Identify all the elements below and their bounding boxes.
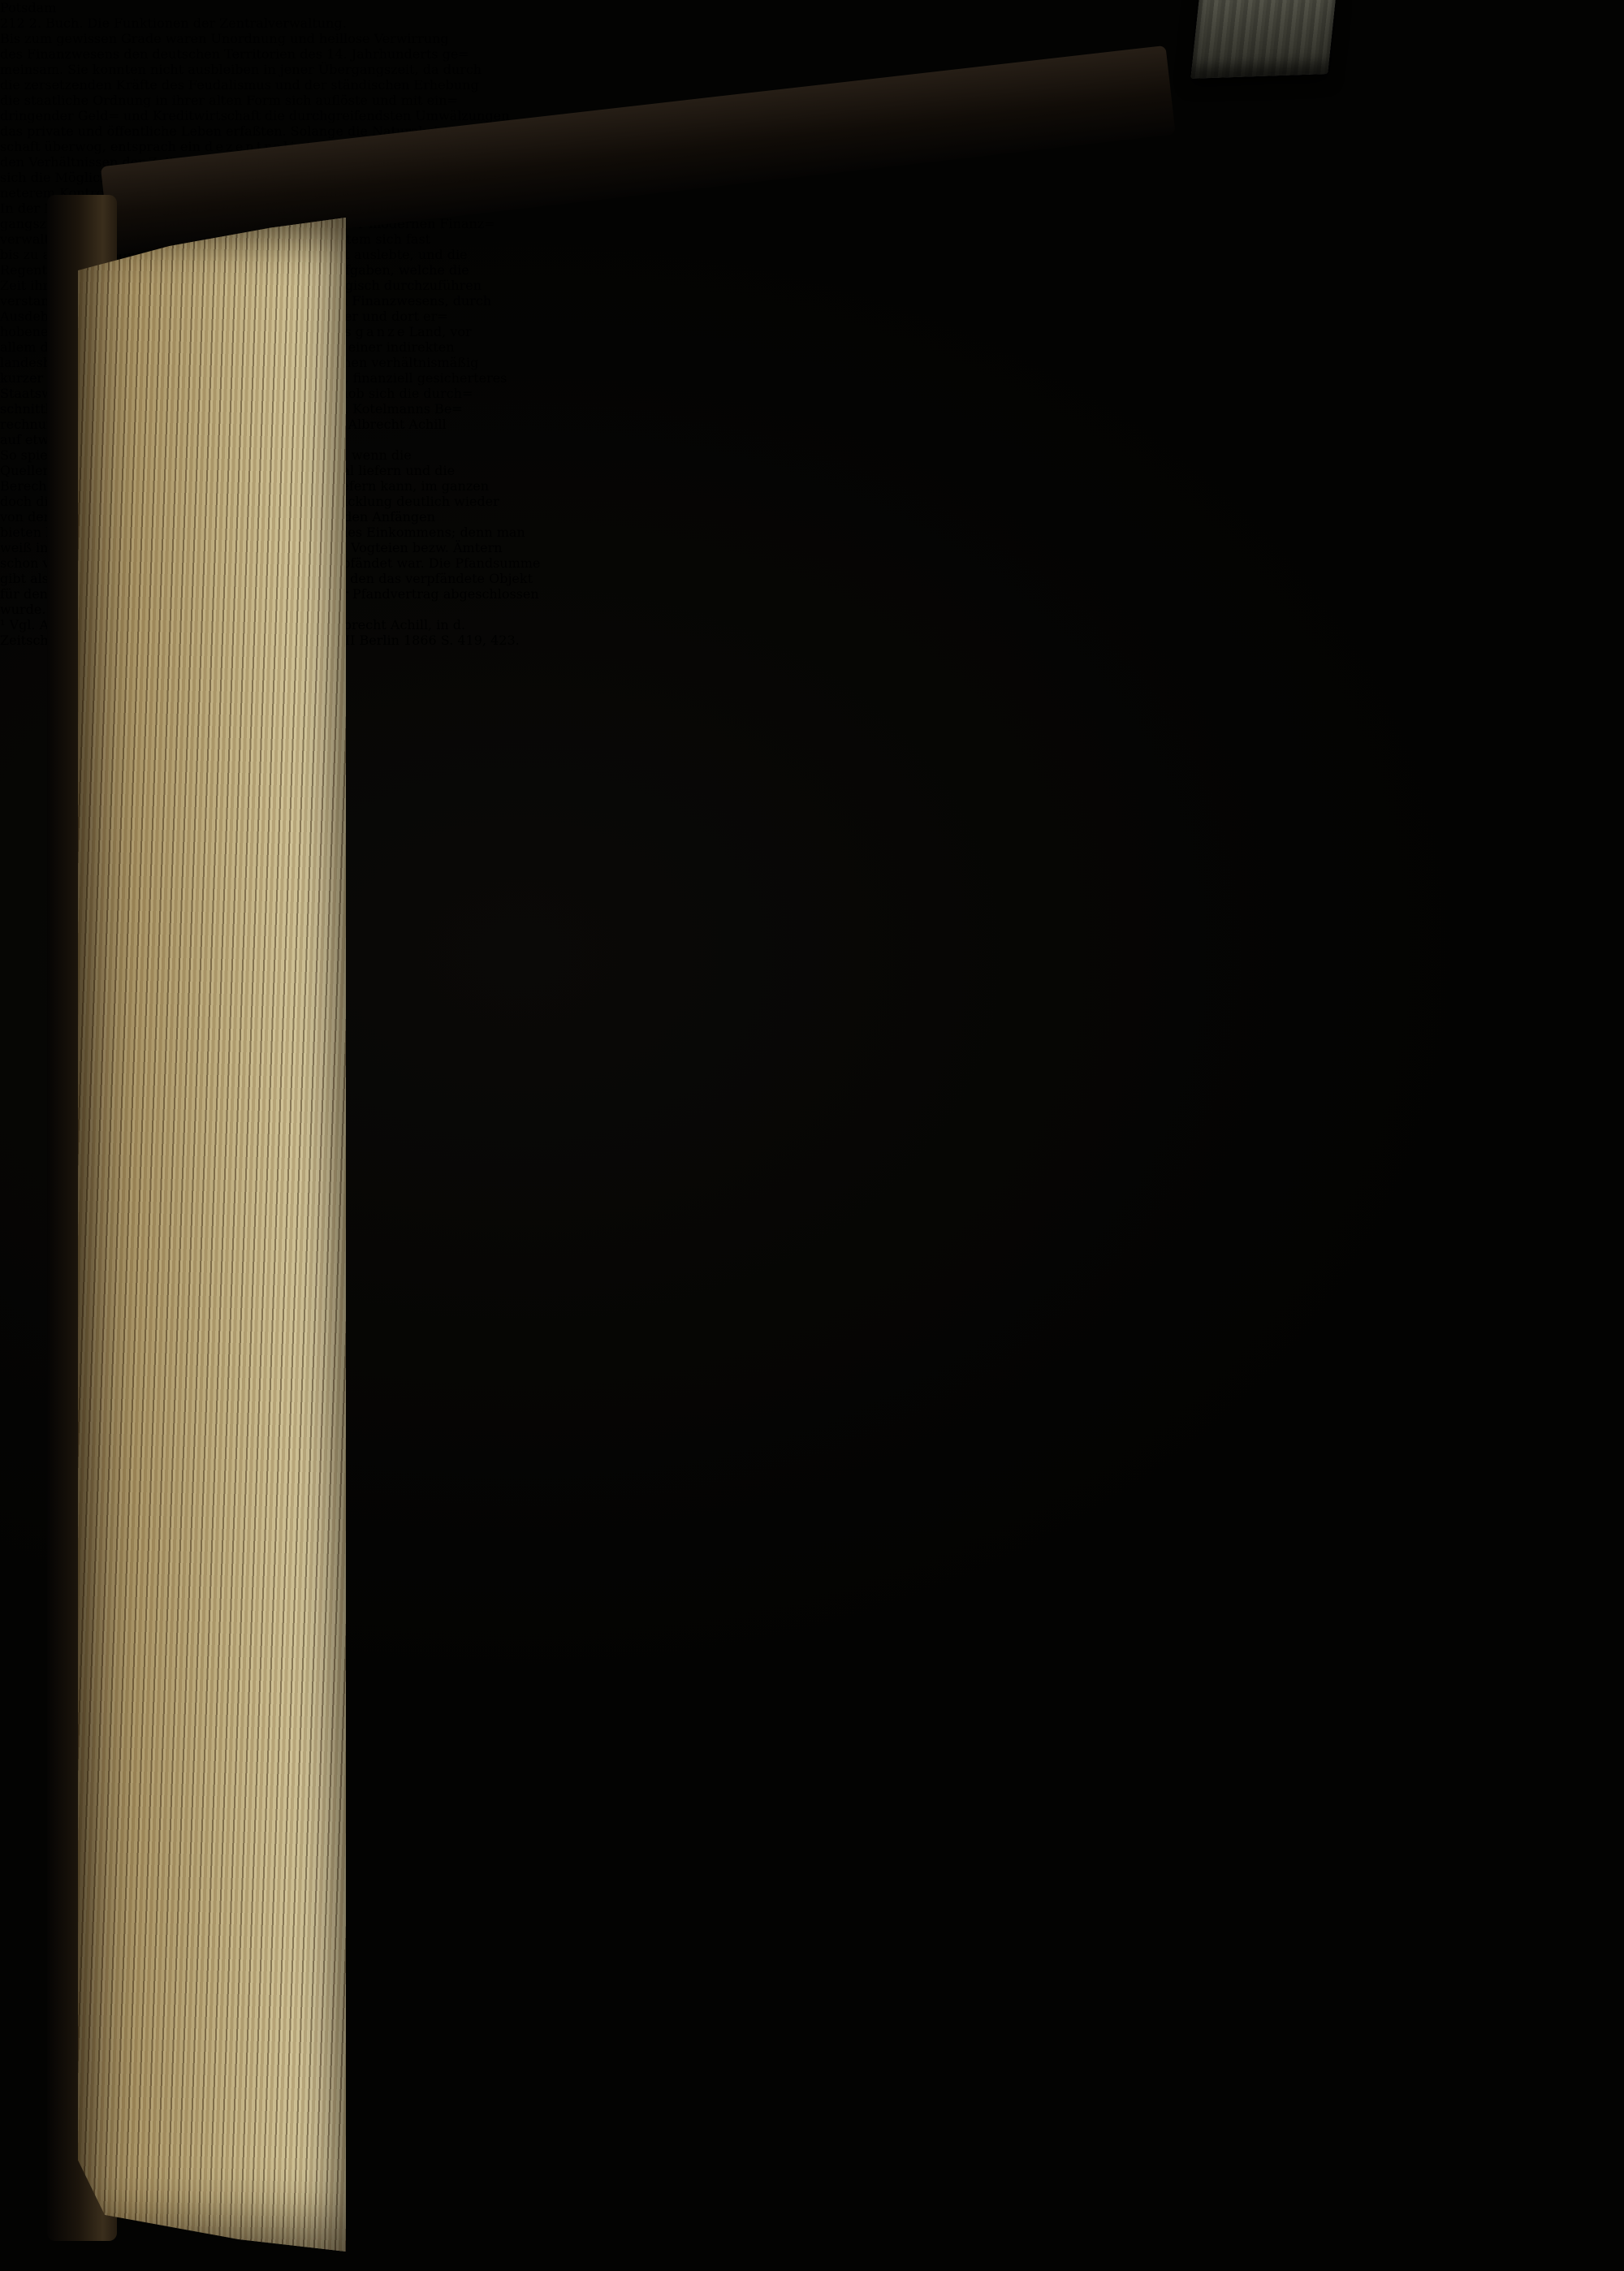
running-title: 2. Buch. Die Funktionen der Zentralverwa… — [29, 15, 347, 31]
text-line: Bis zum gewissen Grade waren Unordnung u… — [0, 31, 1624, 46]
page-number: 212 — [0, 15, 25, 31]
page-header: 212 2. Buch. Die Funktionen der Zentralv… — [0, 15, 1624, 31]
stamp-text: Potsdam — [0, 0, 56, 15]
text-line: des Finanzwesens den deutschen Territori… — [0, 46, 1624, 62]
text-line: meinsam. Sie konnten nicht ausbleiben in… — [0, 62, 1624, 77]
page-stack-edge — [78, 218, 346, 2252]
library-stamp-bleedthrough: Potsdam — [0, 0, 1624, 15]
book-headband-cloth — [1190, 0, 1336, 79]
book-photo: Potsdam 212 2. Buch. Die Funktionen der … — [0, 0, 1624, 2271]
